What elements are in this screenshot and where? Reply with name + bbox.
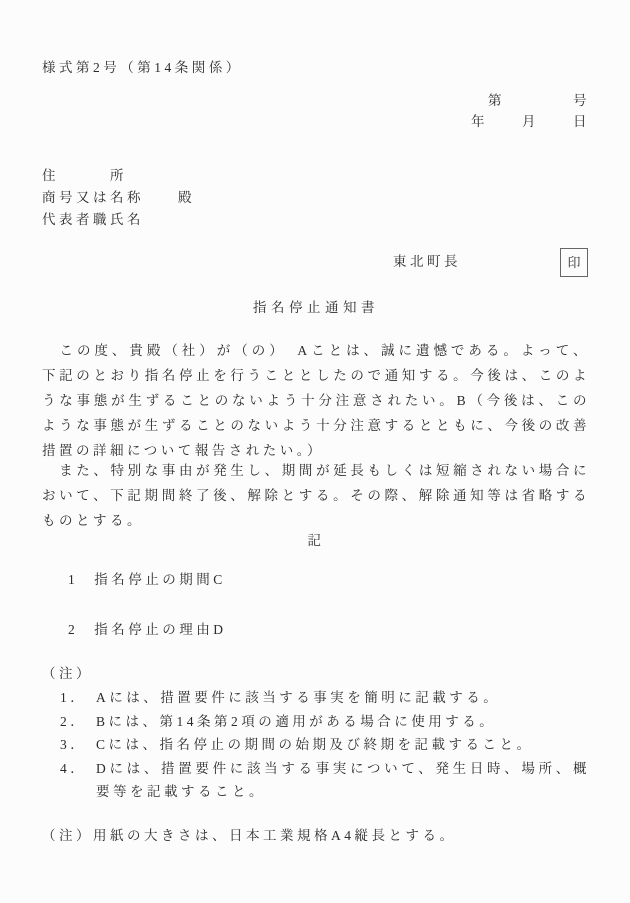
- notes-list: 1． Aには、措置要件に該当する事実を簡明に記載する。 2． Bには、第14条第…: [60, 686, 590, 804]
- sender-name: 東北町長: [393, 247, 461, 277]
- paper-size-note-label: （注）: [42, 828, 93, 843]
- paper-size-note-text: 用紙の大きさは、日本工業規格A4縦長とする。: [93, 828, 457, 843]
- document-page: 様式第2号（第14条関係） 第 号 年 月 日 住 所 商号又は名称 殿 代表者…: [0, 0, 630, 903]
- note-number: 4．: [60, 757, 96, 804]
- sender-line: 東北町長 印: [42, 247, 590, 277]
- list-item-text: 指名停止の理由D: [94, 622, 226, 637]
- list-item-text: 指名停止の期間C: [94, 572, 226, 587]
- note-text: Bには、第14条第2項の適用がある場合に使用する。: [96, 710, 590, 734]
- paper-size-note: （注）用紙の大きさは、日本工業規格A4縦長とする。: [42, 823, 590, 848]
- company-name-line: 商号又は名称 殿: [42, 187, 590, 209]
- note-row: 3． Cには、指名停止の期間の始期及び終期を記載すること。: [60, 733, 590, 757]
- note-number: 1．: [60, 686, 96, 710]
- notes-heading: （注）: [42, 661, 590, 686]
- note-row: 2． Bには、第14条第2項の適用がある場合に使用する。: [60, 710, 590, 734]
- note-text: Aには、措置要件に該当する事実を簡明に記載する。: [96, 686, 590, 710]
- doc-number-line: 第 号: [42, 90, 590, 111]
- list-item-number: 1: [68, 567, 78, 592]
- body-paragraph-2: また、特別な事由が発生し、期間が延長もしくは短縮されない場合において、下記期間終…: [42, 458, 590, 533]
- note-row: 1． Aには、措置要件に該当する事実を簡明に記載する。: [60, 686, 590, 710]
- addressee-block: 住 所 商号又は名称 殿 代表者職氏名: [42, 165, 590, 231]
- note-number: 2．: [60, 710, 96, 734]
- note-text: Dには、措置要件に該当する事実について、発生日時、場所、概要等を記載すること。: [96, 757, 590, 804]
- list-item-period: 1指名停止の期間C: [68, 567, 590, 592]
- form-number: 様式第2号（第14条関係）: [42, 58, 590, 78]
- seal-box: 印: [560, 248, 588, 277]
- body-paragraph-1: この度、貴殿（社）が（の） Aことは、誠に遺憾である。よって、下記のとおり指名停…: [42, 338, 590, 463]
- note-row: 4． Dには、措置要件に該当する事実について、発生日時、場所、概要等を記載するこ…: [60, 757, 590, 804]
- note-number: 3．: [60, 733, 96, 757]
- list-item-reason: 2指名停止の理由D: [68, 617, 590, 642]
- list-item-number: 2: [68, 617, 78, 642]
- date-line: 年 月 日: [42, 111, 590, 132]
- address-line: 住 所: [42, 165, 590, 187]
- note-text: Cには、指名停止の期間の始期及び終期を記載すること。: [96, 733, 590, 757]
- representative-line: 代表者職氏名: [42, 209, 590, 231]
- document-title: 指名停止通知書: [42, 295, 590, 320]
